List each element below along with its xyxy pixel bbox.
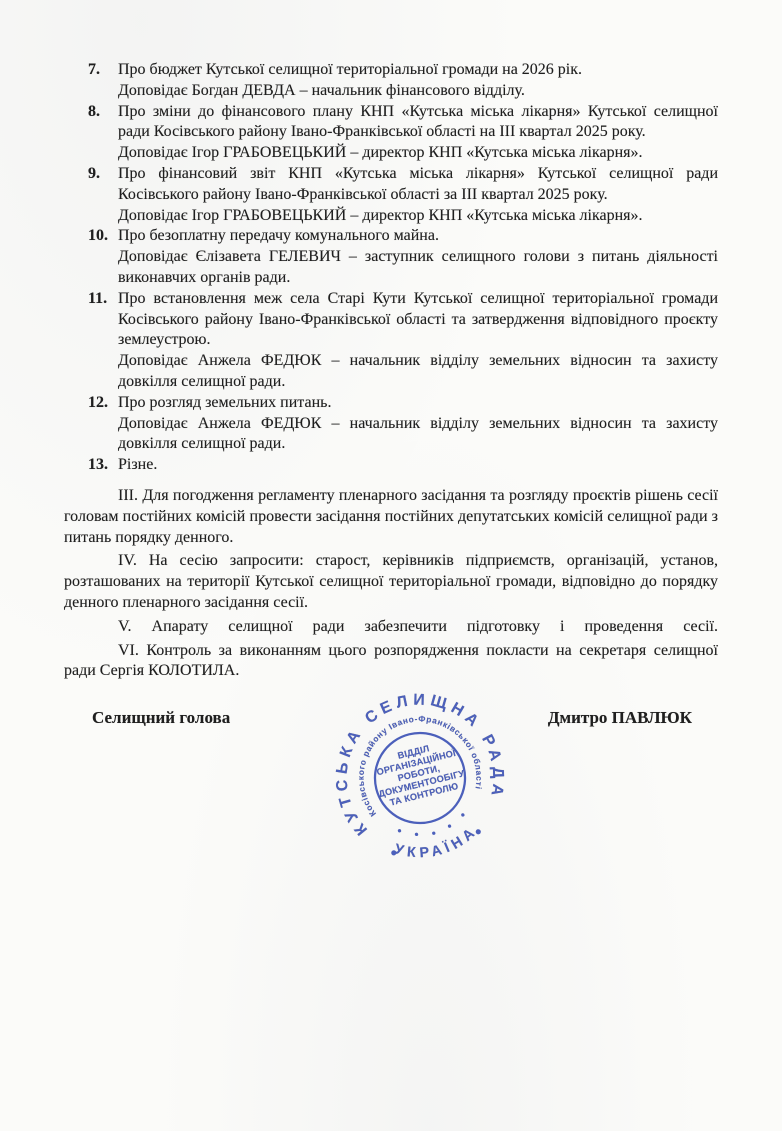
agenda-item: 8. Про зміни до фінансового плану КНП «К… <box>86 102 718 164</box>
item-number: 12. <box>86 393 118 455</box>
item-number: 11. <box>86 289 118 393</box>
resolution-paragraph-4: IV. На сесію запросити: старост, керівни… <box>64 551 718 613</box>
item-reporter: Доповідає Богдан ДЕВДА – начальник фінан… <box>118 81 718 102</box>
item-number: 13. <box>86 455 118 476</box>
document-page: 7. Про бюджет Кутської селищної територі… <box>0 0 782 1131</box>
item-topic: Про бюджет Кутської селищної територіаль… <box>118 60 718 81</box>
item-topic: Про безоплатну передачу комунального май… <box>118 226 718 247</box>
agenda-item: 9. Про фінансовий звіт КНП «Кутська місь… <box>86 164 718 226</box>
agenda-item: 13. Різне. <box>86 455 718 476</box>
signature-name: Дмитро ПАВЛЮК <box>548 708 692 728</box>
resolution-paragraph-6: VI. Контроль за виконанням цього розпоря… <box>64 641 718 683</box>
resolution-paragraph-5: V. Апарату селищної ради забезпечити під… <box>64 617 718 638</box>
item-reporter: Доповідає Ігор ГРАБОВЕЦЬКИЙ – директор К… <box>118 206 718 227</box>
item-number: 10. <box>86 226 118 288</box>
agenda-item: 11. Про встановлення меж села Старі Кути… <box>86 289 718 393</box>
stamp-graphics: КУТСЬКА СЕЛИЩНА РАДА УКРАЇНА Косівського… <box>315 673 524 879</box>
item-reporter: Доповідає Анжела ФЕДЮК – начальник відді… <box>118 351 718 393</box>
official-stamp: КУТСЬКА СЕЛИЩНА РАДА УКРАЇНА Косівського… <box>306 664 534 892</box>
resolution-paragraphs: III. Для погодження регламенту пленарног… <box>64 486 718 685</box>
item-topic: Про зміни до фінансового плану КНП «Кутс… <box>118 102 718 144</box>
item-reporter: Доповідає Єлізавета ГЕЛЕВИЧ – заступник … <box>118 247 718 289</box>
signature-title: Селищний голова <box>92 708 230 728</box>
stamp-country-text: УКРАЇНА <box>389 821 484 870</box>
item-topic: Про встановлення меж села Старі Кути Кут… <box>118 289 718 351</box>
item-number: 7. <box>86 60 118 102</box>
agenda-item: 10. Про безоплатну передачу комунального… <box>86 226 718 288</box>
item-number: 8. <box>86 102 118 164</box>
agenda-item: 7. Про бюджет Кутської селищної територі… <box>86 60 718 102</box>
item-number: 9. <box>86 164 118 226</box>
item-topic: Про розгляд земельних питань. <box>118 393 718 414</box>
item-reporter: Доповідає Ігор ГРАБОВЕЦЬКИЙ – директор К… <box>118 143 718 164</box>
agenda-list: 7. Про бюджет Кутської селищної територі… <box>86 60 718 476</box>
item-topic: Різне. <box>118 455 718 476</box>
item-topic: Про фінансовий звіт КНП «Кутська міська … <box>118 164 718 206</box>
svg-text:УКРАЇНА: УКРАЇНА <box>389 821 484 870</box>
resolution-paragraph-3: III. Для погодження регламенту пленарног… <box>64 486 718 548</box>
item-reporter: Доповідає Анжела ФЕДЮК – начальник відді… <box>118 414 718 456</box>
agenda-item: 12. Про розгляд земельних питань. Допові… <box>86 393 718 455</box>
